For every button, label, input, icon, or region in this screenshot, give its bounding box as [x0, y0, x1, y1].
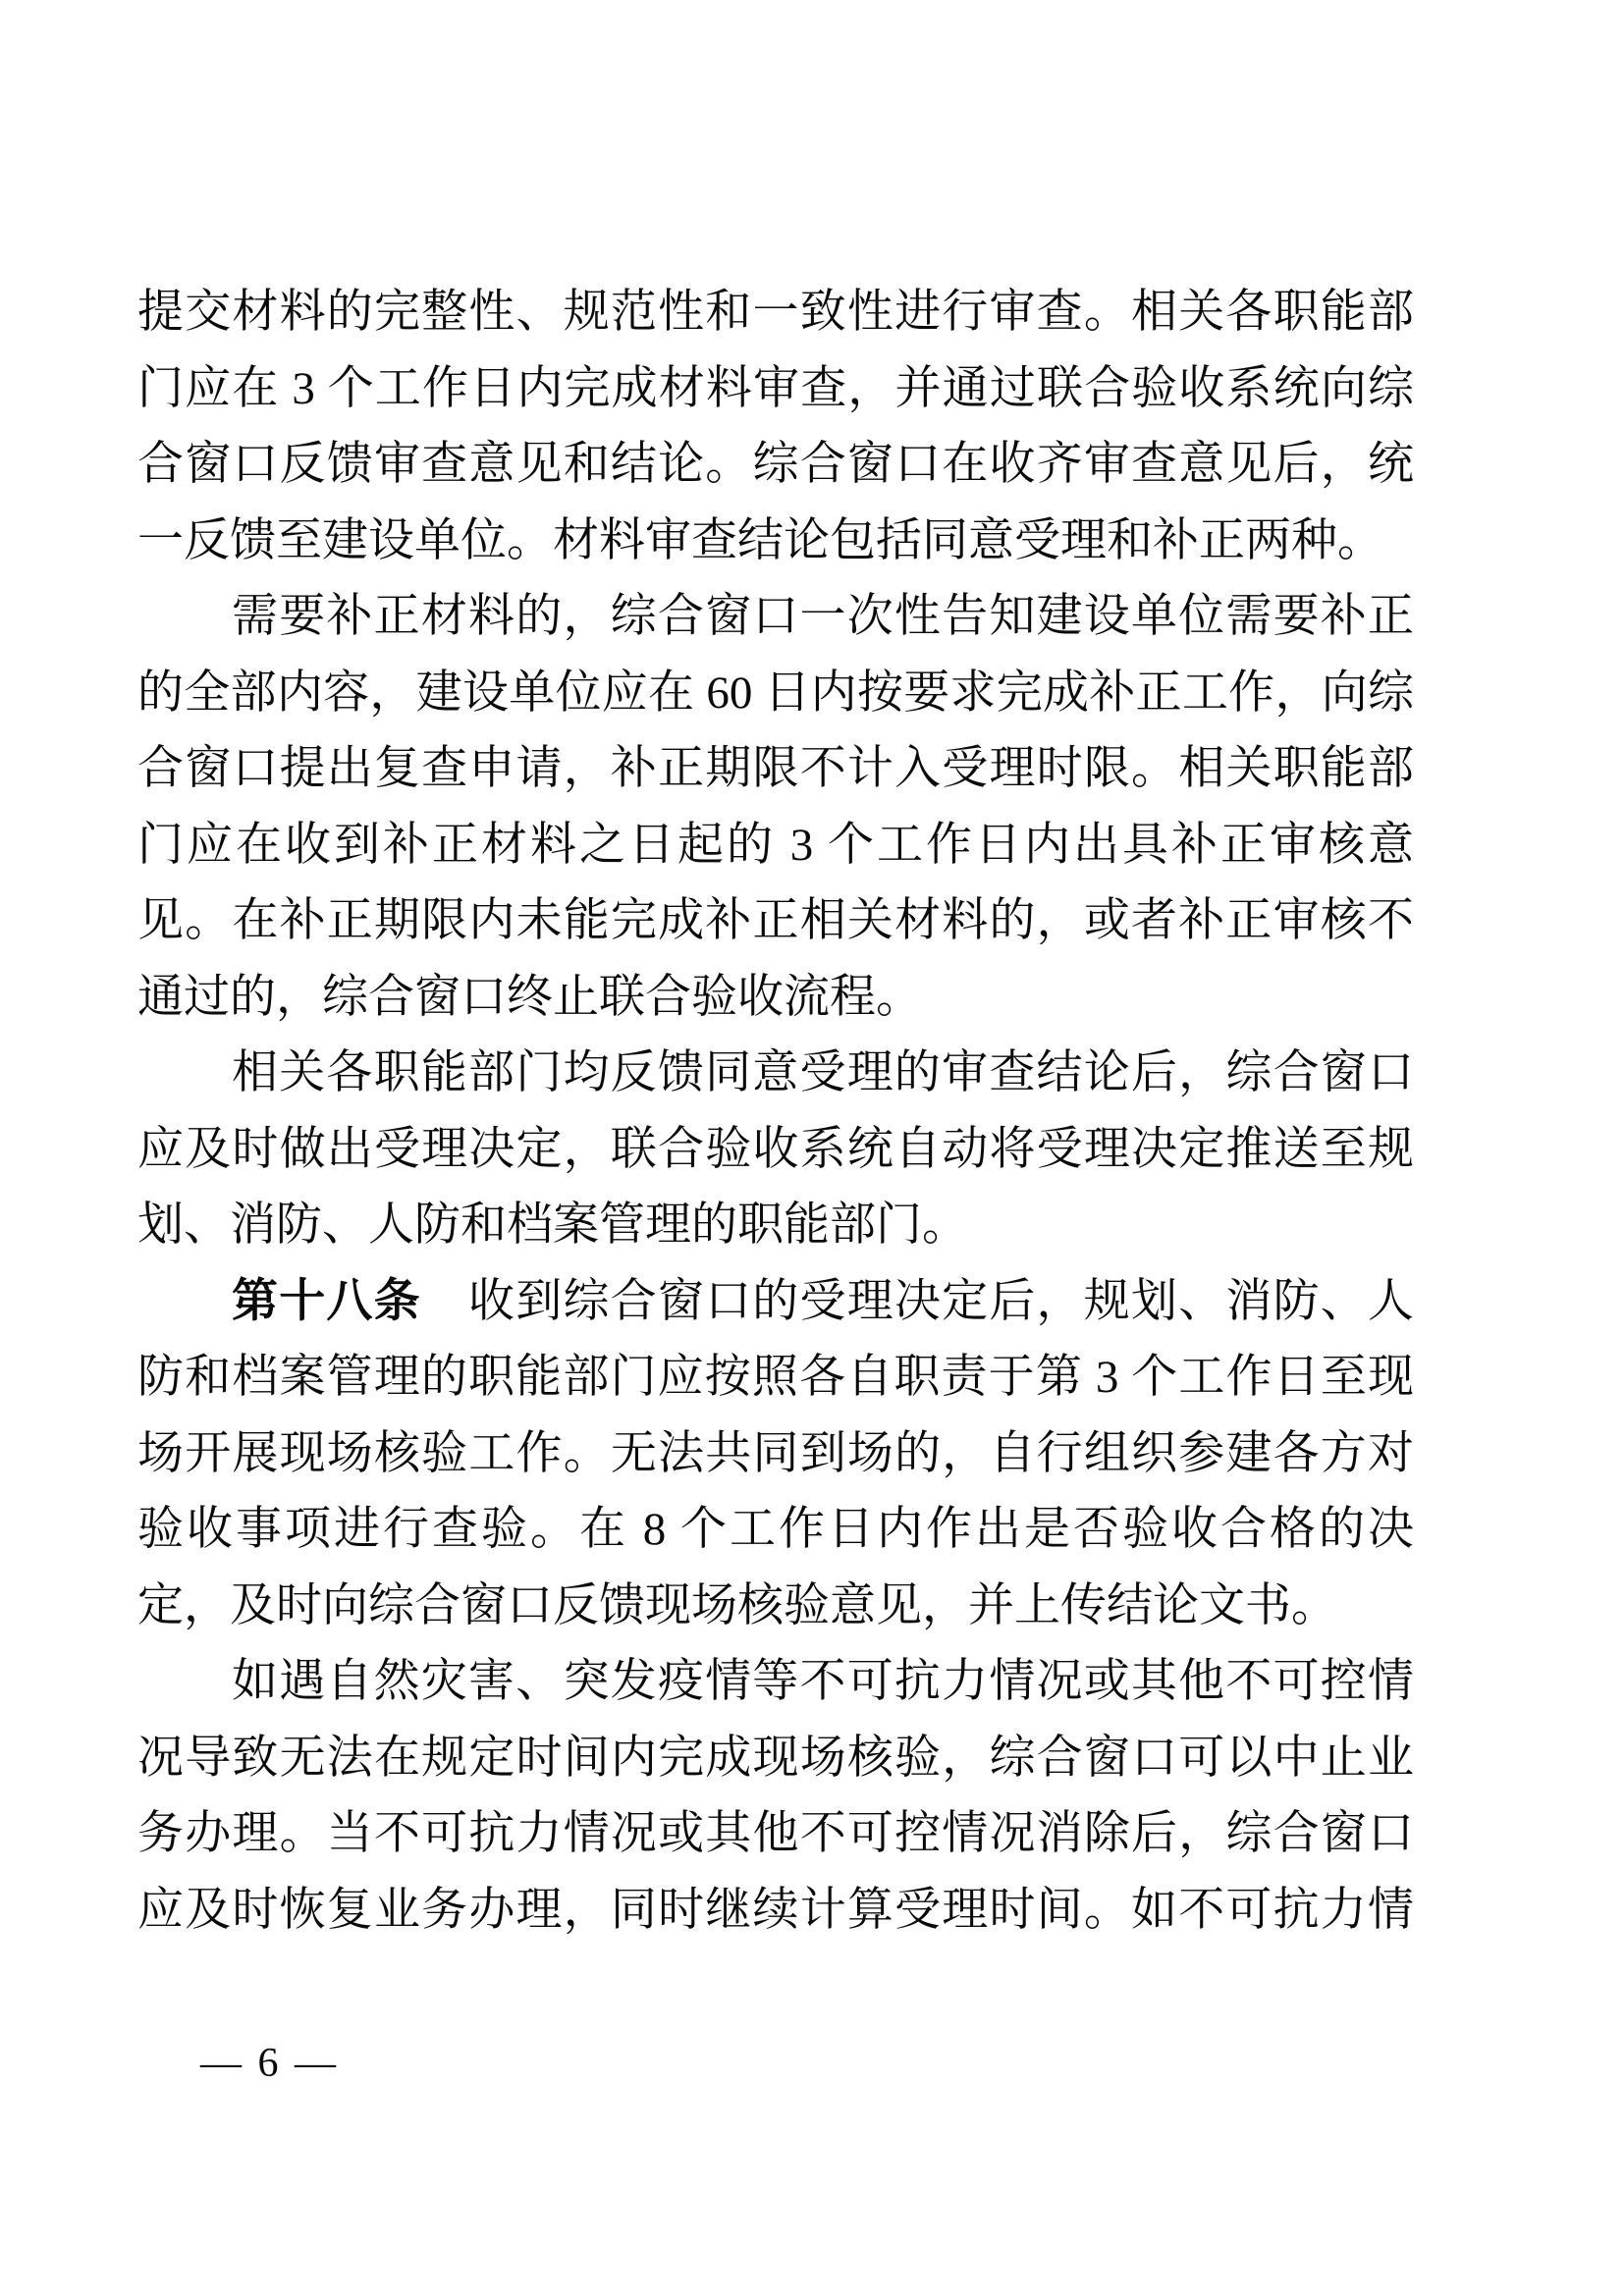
text-line: 划、消防、人防和档案管理的职能部门。 — [137, 1188, 1414, 1264]
text-segment: 定，及时向综合窗口反馈现场核验意见，并上传结论文书。 — [137, 1580, 1337, 1631]
page-number: — 6 — — [200, 2034, 339, 2093]
text-line: 应及时恢复业务办理，同时继续计算受理时间。如不可抗力情 — [137, 1873, 1414, 1949]
text-line: 验收事项进行查验。在 8 个工作日内作出是否验收合格的决 — [137, 1492, 1414, 1569]
text-line: 第十八条 收到综合窗口的受理决定后，规划、消防、人 — [137, 1264, 1414, 1341]
text-segment: 一反馈至建设单位。材料审查结论包括同意受理和补正两种。 — [137, 515, 1383, 566]
text-segment: 验收事项进行查验。在 8 个工作日内作出是否验收合格的决 — [137, 1504, 1414, 1555]
text-line: 合窗口反馈审查意见和结论。综合窗口在收齐审查意见后，统 — [137, 427, 1414, 504]
text-line: 相关各职能部门均反馈同意受理的审查结论后，综合窗口 — [137, 1036, 1414, 1112]
text-line: 防和档案管理的职能部门应按照各自职责于第 3 个工作日至现 — [137, 1340, 1414, 1416]
text-line: 场开展现场核验工作。无法共同到场的，自行组织参建各方对 — [137, 1416, 1414, 1493]
text-segment: 如遇自然灾害、突发疫情等不可抗力情况或其他不可控情 — [232, 1656, 1414, 1707]
text-segment: 场开展现场核验工作。无法共同到场的，自行组织参建各方对 — [137, 1428, 1414, 1479]
text-segment: 相关各职能部门均反馈同意受理的审查结论后，综合窗口 — [232, 1047, 1414, 1098]
text-segment: 需要补正材料的，综合窗口一次性告知建设单位需要补正 — [232, 591, 1414, 642]
text-segment: 防和档案管理的职能部门应按照各自职责于第 3 个工作日至现 — [137, 1352, 1414, 1403]
text-line: 提交材料的完整性、规范性和一致性进行审查。相关各职能部 — [137, 275, 1414, 351]
text-segment: 合窗口提出复查申请，补正期限不计入受理时限。相关职能部 — [137, 743, 1414, 794]
text-segment: 合窗口反馈审查意见和结论。综合窗口在收齐审查意见后，统 — [137, 439, 1414, 490]
text-line: 定，及时向综合窗口反馈现场核验意见，并上传结论文书。 — [137, 1569, 1414, 1645]
text-segment: 通过的，综合窗口终止联合验收流程。 — [137, 972, 922, 1023]
text-line: 务办理。当不可抗力情况或其他不可控情况消除后，综合窗口 — [137, 1796, 1414, 1873]
document-page: 提交材料的完整性、规范性和一致性进行审查。相关各职能部门应在 3 个工作日内完成… — [0, 0, 1624, 2296]
text-line: 一反馈至建设单位。材料审查结论包括同意受理和补正两种。 — [137, 504, 1414, 580]
text-segment: 提交材料的完整性、规范性和一致性进行审查。相关各职能部 — [137, 287, 1414, 338]
text-line: 门应在 3 个工作日内完成材料审查，并通过联合验收系统向综 — [137, 351, 1414, 428]
text-segment: 况导致无法在规定时间内完成现场核验，综合窗口可以中止业 — [137, 1733, 1414, 1784]
text-line: 见。在补正期限内未能完成补正相关材料的，或者补正审核不 — [137, 883, 1414, 960]
text-segment: 划、消防、人防和档案管理的职能部门。 — [137, 1200, 968, 1251]
text-segment: 收到综合窗口的受理决定后，规划、消防、人 — [421, 1276, 1414, 1327]
document-body: 提交材料的完整性、规范性和一致性进行审查。相关各职能部门应在 3 个工作日内完成… — [137, 275, 1414, 1949]
text-segment: 应及时做出受理决定，联合验收系统自动将受理决定推送至规 — [137, 1124, 1414, 1175]
text-segment: 务办理。当不可抗力情况或其他不可控情况消除后，综合窗口 — [137, 1808, 1414, 1859]
text-line: 的全部内容，建设单位应在 60 日内按要求完成补正工作，向综 — [137, 656, 1414, 732]
text-line: 通过的，综合窗口终止联合验收流程。 — [137, 960, 1414, 1037]
text-line: 合窗口提出复查申请，补正期限不计入受理时限。相关职能部 — [137, 731, 1414, 808]
text-segment: 的全部内容，建设单位应在 60 日内按要求完成补正工作，向综 — [137, 667, 1414, 719]
article-heading: 第十八条 — [232, 1276, 421, 1327]
text-segment: 门应在收到补正材料之日起的 3 个工作日内出具补正审核意 — [137, 820, 1414, 871]
text-line: 门应在收到补正材料之日起的 3 个工作日内出具补正审核意 — [137, 808, 1414, 884]
text-segment: 见。在补正期限内未能完成补正相关材料的，或者补正审核不 — [137, 895, 1414, 946]
text-line: 应及时做出受理决定，联合验收系统自动将受理决定推送至规 — [137, 1112, 1414, 1189]
text-line: 况导致无法在规定时间内完成现场核验，综合窗口可以中止业 — [137, 1721, 1414, 1797]
text-line: 如遇自然灾害、突发疫情等不可抗力情况或其他不可控情 — [137, 1644, 1414, 1721]
text-line: 需要补正材料的，综合窗口一次性告知建设单位需要补正 — [137, 579, 1414, 656]
text-segment: 应及时恢复业务办理，同时继续计算受理时间。如不可抗力情 — [137, 1885, 1414, 1936]
text-segment: 门应在 3 个工作日内完成材料审查，并通过联合验收系统向综 — [137, 363, 1414, 414]
